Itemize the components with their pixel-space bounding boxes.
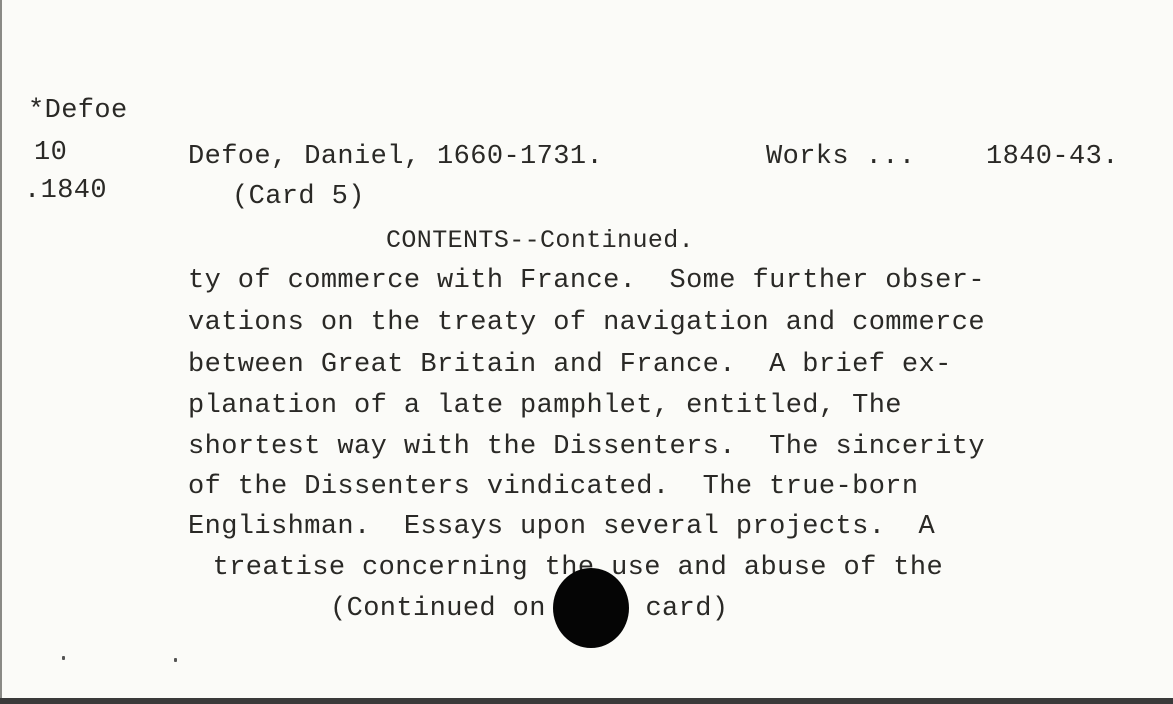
body-line: shortest way with the Dissenters. The si… (188, 434, 985, 461)
body-line: planation of a late pamphlet, entitled, … (188, 393, 902, 420)
call-number-line-2: 10 (34, 140, 67, 167)
speck-mark (62, 656, 65, 660)
body-line: of the Dissenters vindicated. The true-b… (188, 474, 919, 501)
speck-mark (174, 658, 177, 662)
call-number-line-3: .1840 (24, 178, 107, 205)
title-heading: Works ... (766, 144, 915, 171)
punch-hole (553, 568, 629, 648)
card-bottom-edge (0, 698, 1173, 704)
catalog-card: *Defoe 10 .1840 Defoe, Daniel, 1660-1731… (0, 0, 1173, 698)
date-heading: 1840-43. (986, 144, 1119, 171)
call-number-line-1: *Defoe (28, 98, 128, 125)
body-line: vations on the treaty of navigation and … (188, 310, 985, 337)
card-number: (Card 5) (232, 184, 365, 211)
section-heading: CONTENTS--Continued. (386, 228, 694, 253)
body-line: between Great Britain and France. A brie… (188, 352, 952, 379)
author-heading: Defoe, Daniel, 1660-1731. (188, 144, 603, 171)
continuation-note: (Continued on next card) (330, 596, 728, 623)
body-line: ty of commerce with France. Some further… (188, 268, 985, 295)
body-line: Englishman. Essays upon several projects… (188, 514, 935, 541)
